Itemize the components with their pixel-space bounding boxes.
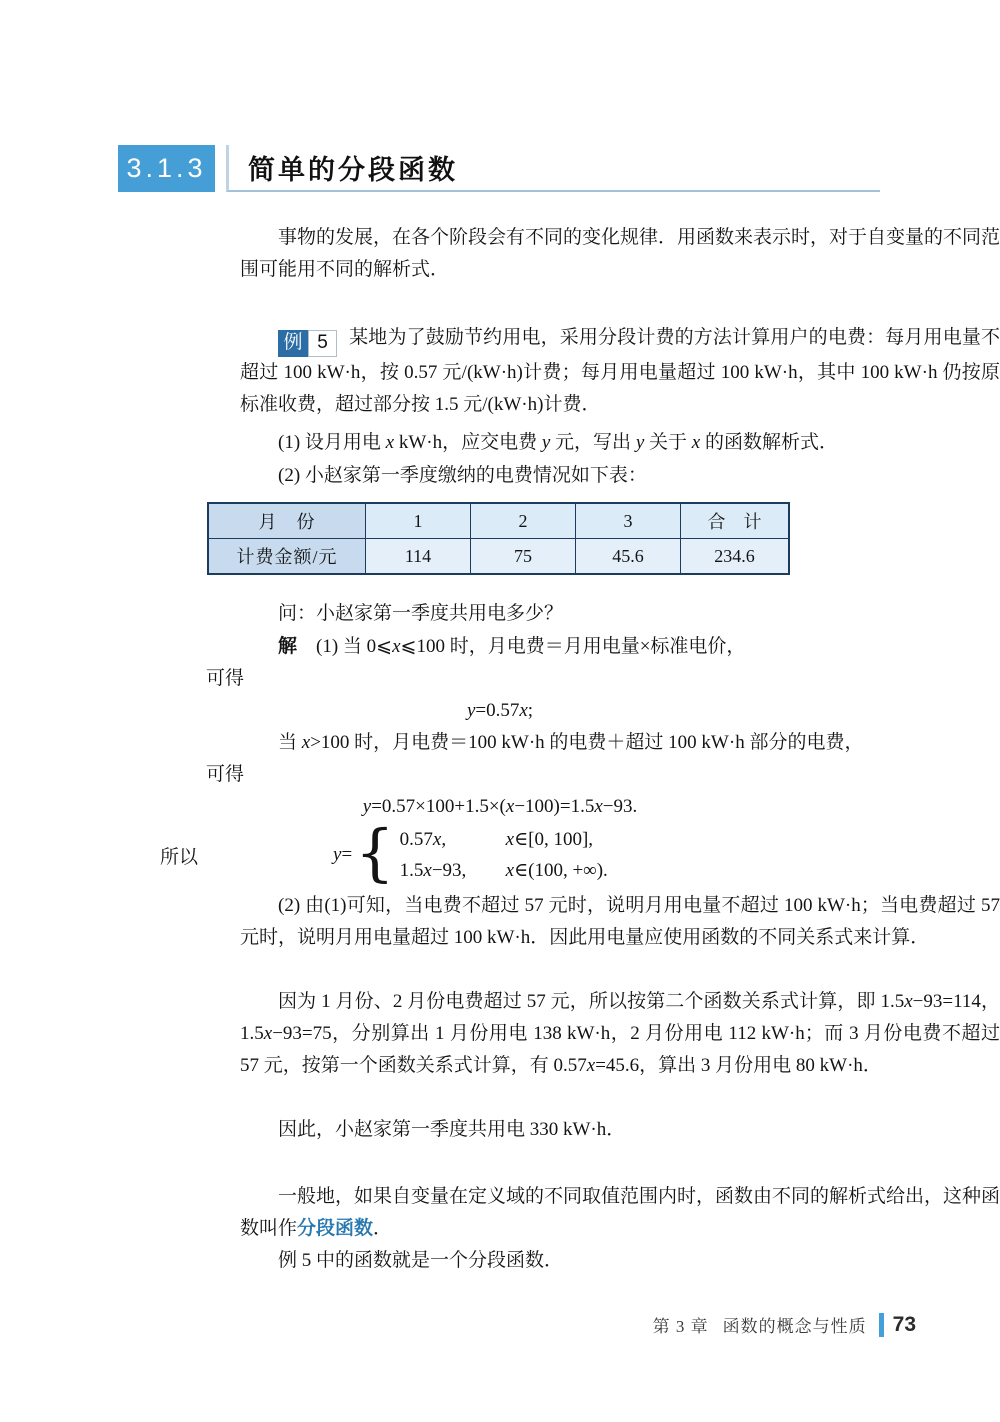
lead-kede-1: 可得 bbox=[206, 663, 966, 695]
footer-book-title: 函数的概念与性质 bbox=[723, 1312, 867, 1337]
table-cell-total: 234.6 bbox=[681, 539, 790, 575]
solution-label: 解 bbox=[278, 636, 297, 657]
section-title-block: 简单的分段函数 bbox=[226, 145, 880, 192]
solution-result-line: 因此，小赵家第一季度共用电 330 kW·h． bbox=[240, 1114, 1000, 1146]
billing-table: 月 份 1 2 3 合 计 计费金额/元 114 75 45.6 234.6 bbox=[207, 502, 790, 575]
table-header-cell-1: 1 bbox=[366, 503, 471, 539]
table-header-row: 月 份 1 2 3 合 计 bbox=[208, 503, 789, 539]
table-header-cell-month: 月 份 bbox=[208, 503, 366, 539]
conclusion-paragraph: 一般地，如果自变量在定义域的不同取值范围内时，函数由不同的解析式给出，这种函数叫… bbox=[240, 1181, 1000, 1245]
footer-chapter: 第 3 章 bbox=[653, 1312, 709, 1337]
example-badge-label: 例 bbox=[278, 330, 308, 357]
example-paragraph: 例5某地为了鼓励节约用电，采用分段计费的方法计算用户的电费：每月用电量不超过 1… bbox=[240, 322, 1000, 421]
table-cell-feb: 75 bbox=[471, 539, 576, 575]
question-line: 问：小赵家第一季度共用电多少？ bbox=[240, 598, 1000, 630]
table-data-row: 计费金额/元 114 75 45.6 234.6 bbox=[208, 539, 789, 575]
solution-step-2: 当 x>100 时，月电费＝100 kW·h 的电费＋超过 100 kW·h 部… bbox=[240, 727, 1000, 759]
table-cell-jan: 114 bbox=[366, 539, 471, 575]
solution-step-1: 解 (1) 当 0⩽x⩽100 时，月电费＝月用电量×标准电价， bbox=[240, 631, 1000, 663]
case-2-expression: 1.5x−93, bbox=[400, 855, 506, 886]
table-header-cell-3: 3 bbox=[576, 503, 681, 539]
table-cell-amount-label: 计费金额/元 bbox=[208, 539, 366, 575]
section-title: 简单的分段函数 bbox=[248, 148, 458, 187]
solution-calculation-paragraph: 因为 1 月份、2 月份电费超过 57 元，所以按第二个函数关系式计算，即 1.… bbox=[240, 986, 1000, 1082]
piecewise-formula: 所以 y= { 0.57x, x∈[0, 100], 1.5x−93, x∈(1… bbox=[160, 824, 608, 886]
section-number-box: 3.1.3 bbox=[118, 145, 215, 192]
intro-paragraph: 事物的发展，在各个阶段会有不同的变化规律．用函数来表示时，对于自变量的不同范围可… bbox=[240, 222, 1000, 286]
case-1-condition: x∈[0, 100], bbox=[506, 824, 608, 855]
page-number: 73 bbox=[893, 1313, 916, 1337]
so-label: 所以 bbox=[160, 842, 198, 869]
example-body-text: 某地为了鼓励节约用电，采用分段计费的方法计算用户的电费：每月用电量不超过 100… bbox=[240, 327, 1000, 415]
case-2-condition: x∈(100, +∞). bbox=[506, 855, 608, 886]
piecewise-group: y= { 0.57x, x∈[0, 100], 1.5x−93, x∈(100,… bbox=[333, 824, 608, 886]
textbook-page: 3.1.3 简单的分段函数 事物的发展，在各个阶段会有不同的变化规律．用函数来表… bbox=[0, 0, 1000, 1422]
formula-1: y=0.57x; bbox=[120, 695, 880, 727]
solution-part2-paragraph: (2) 由(1)可知，当电费不超过 57 元时，说明月用电量不超过 100 kW… bbox=[240, 890, 1000, 954]
table-header-cell-2: 2 bbox=[471, 503, 576, 539]
section-header: 3.1.3 简单的分段函数 bbox=[118, 145, 880, 192]
piecewise-lhs: y= bbox=[333, 844, 352, 866]
example-item-2: (2) 小赵家第一季度缴纳的电费情况如下表： bbox=[240, 460, 1000, 492]
table-cell-mar: 45.6 bbox=[576, 539, 681, 575]
solution-step-1-text: (1) 当 0⩽x⩽100 时，月电费＝月用电量×标准电价， bbox=[297, 636, 745, 657]
case-1-expression: 0.57x, bbox=[400, 824, 506, 855]
piecewise-cases: 0.57x, x∈[0, 100], 1.5x−93, x∈(100, +∞). bbox=[400, 824, 608, 886]
formula-2: y=0.57×100+1.5×(x−100)=1.5x−93. bbox=[120, 791, 880, 823]
table-header-cell-total: 合 计 bbox=[681, 503, 790, 539]
example-item-1: (1) 设月用电 x kW·h，应交电费 y 元，写出 y 关于 x 的函数解析… bbox=[240, 427, 1000, 459]
example-badge-number: 5 bbox=[308, 330, 337, 357]
footer-divider-bar bbox=[879, 1313, 884, 1337]
brace-icon: { bbox=[355, 824, 394, 882]
conclusion-note-line: 例 5 中的函数就是一个分段函数． bbox=[240, 1245, 1000, 1277]
footer: 第 3 章 函数的概念与性质 73 bbox=[653, 1312, 916, 1337]
lead-kede-2: 可得 bbox=[206, 759, 966, 791]
example-badge: 例5 bbox=[278, 330, 337, 357]
